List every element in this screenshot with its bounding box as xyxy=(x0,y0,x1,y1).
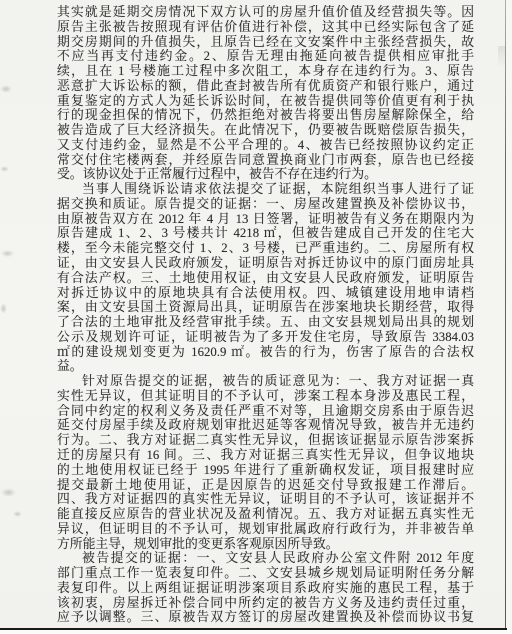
text-line: 案，由文安县国土资源局出具，证明原告在涉案地块长期经营，取得 xyxy=(57,300,474,315)
scan-smudge xyxy=(1,488,16,497)
text-line: 对拆迁协议中的原地块具有合法使用权。四、城镇建设用地申请档 xyxy=(57,286,474,301)
text-line: 应予以调整。三、原被告双方签订的房屋改建置换及补偿而协议书复 xyxy=(57,610,474,625)
scan-smudge xyxy=(13,511,22,517)
text-line: 当事人围绕诉讼请求依法提交了证据，本院组织当事人进行了证 xyxy=(57,182,474,197)
text-line: 被告提交的证据：一、文安县人民政府办公室文件附 2012 年度 xyxy=(57,551,474,566)
scan-smudge xyxy=(0,303,7,314)
text-line: 常交付住宅楼两套，并经原告同意置换商业门市两套，原告也已经接 xyxy=(57,153,474,168)
text-line: 合同中约定的权利义务及责任严重不对等，且逾期交房系由于原告迟 xyxy=(57,404,474,419)
text-line: 实性无异议，但其证明目的不予认可，涉案工程本身涉及惠民工程， xyxy=(57,389,474,404)
scan-edge-vertical-line xyxy=(505,0,506,630)
text-line: 不应当再支付违约金。2、原告无理由拖延向被告提供相应审批手 xyxy=(57,49,474,64)
text-line: 楼，至今未能完整交付 1、2、3 号楼，已严重违约。二、房屋所有权 xyxy=(57,241,474,256)
text-line: 方所能主导，规划审批的变更系客观原因所导致。 xyxy=(57,537,474,552)
text-line: 恶意扩大诉讼标的额，借此查封被告所有优质资产和银行账户，通过 xyxy=(57,79,474,94)
text-line: 能直接反应原告的营业状况及盈利情况。五、我方对证据五真实性无 xyxy=(57,507,474,522)
text-line: 的土地使用权证已经于 1995 年进行了重新确权发证，项目报建时应 xyxy=(57,463,474,478)
scan-smudge xyxy=(498,46,506,68)
text-line: 行为。二、我方对证据二真实性无异议，但据该证据显示原告涉案拆 xyxy=(57,433,474,448)
text-line: 原告主张被告按照现有评估价值进行补偿，这其中已经实际包含了延 xyxy=(57,20,474,35)
text-line: 有合法产权。三、土地使用权证，由文安县人民政府颁发，证明原告 xyxy=(57,271,474,286)
text-line: 其实就是延期交房情况下双方认可的房屋升值价值及经营损失等。因 xyxy=(57,5,474,20)
text-line: 迁的房屋只有 16 间。三、我方对证据三真实性无异议，但争议地块 xyxy=(57,448,474,463)
text-line: 行的现金担保的情况下，仍然拒绝对被告将要出售房屋解除保全，给 xyxy=(57,108,474,123)
text-line: 了合法的土地审批及经营审批手续。五、由文安县规划局出具的规划 xyxy=(57,315,474,330)
text-line: 异议，但证明目的不予认可，规划审批属政府行政行为，并非被告单 xyxy=(57,522,474,537)
scan-smudge xyxy=(0,85,12,93)
document-text-block: 其实就是延期交房情况下双方认可的房屋升值价值及经营损失等。因原告主张被告按照现有… xyxy=(57,5,474,625)
text-line: 延交付房屋手续及政府规划审批迟延等客观情况导致，被告并无违约 xyxy=(57,418,474,433)
text-line: 被告造成了巨大经济损失。在此情况下，仍要被告既赔偿原告损失， xyxy=(57,123,474,138)
text-line: 四、我方对证据四的真实性无异议，证明目的不予认可，该证据并不 xyxy=(57,492,474,507)
scan-smudge xyxy=(1,250,14,257)
scan-right-margin-band xyxy=(506,0,512,634)
text-line: 针对原告提交的证据，被告的质证意见为：一、我方对证据一真 xyxy=(57,374,474,389)
text-line: 原告建成 1、2、3 号楼共计 4218 ㎡，但被告建成自己开发的住宅大 xyxy=(57,226,474,241)
text-line: 表复印件。以上两组证据证明涉案项目系政府实施的惠民工程，基于 xyxy=(57,581,474,596)
text-line: ㎡的建设规划变更为 1620.9 ㎡。被告的行为，伤害了原告的合法权 xyxy=(57,345,474,360)
text-line: 该初衷，房屋拆迁补偿合同中所约定的被告方义务及违约责任过重， xyxy=(57,596,474,611)
text-line: 重复鉴定的方式人为延长诉讼时间，在被告提供同等价值更有利于执 xyxy=(57,94,474,109)
text-line: 期交房期间的升值损失，且原告已经在文安案件中主张经营损失，故 xyxy=(57,35,474,50)
scan-bottom-margin xyxy=(0,630,512,634)
scan-smudge xyxy=(0,166,9,172)
text-line: 益。 xyxy=(57,359,474,374)
text-line: 部门重点工作一览表复印件。二、文安县城乡规划局证明附任务分解 xyxy=(57,566,474,581)
text-line: 提交最新土地使用证，正是因原告的迟延交付导致报建工作滞后。 xyxy=(57,478,474,493)
text-line: 又支付违约金，显然是不公平合理的。4、被告已经按照协议约定正 xyxy=(57,138,474,153)
text-line: 据交换和质证。原告提交的证据：一、房屋改建置换及补偿协议书， xyxy=(57,197,474,212)
scanned-document-page: 其实就是延期交房情况下双方认可的房屋升值价值及经营损失等。因原告主张被告按照现有… xyxy=(0,0,512,634)
text-line: 受。该协议处于正常履行过程中，被告不存在违约行为。 xyxy=(57,167,474,182)
text-line: 证，由文安县人民政府颁发，证明原告对拆迁协议中的原门面房址具 xyxy=(57,256,474,271)
text-line: 公示及规划许可证，证明被告为了多开发住宅房，导致原告 3384.03 xyxy=(57,330,474,345)
text-line: 续，且在 1 号楼施工过程中多次阻工，本身存在违约行为。3、原告 xyxy=(57,64,474,79)
text-line: 由原被告双方在 2012 年 4 月 13 日签署，证明被告有义务在期限内为 xyxy=(57,212,474,227)
